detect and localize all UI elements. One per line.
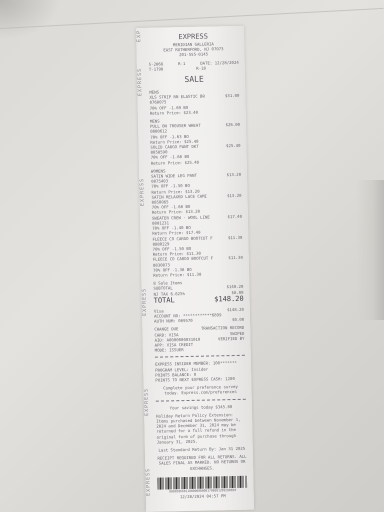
side-label: EXPRESS (142, 288, 148, 316)
date: DATE: 12/28/2024 (200, 59, 239, 65)
line-item: SATIN RELAXED LACE CAMI$13.20 0850065 70… (151, 193, 241, 216)
line-item: SOLID CARGO PANT DKT$25.40 0850590 70% O… (150, 143, 240, 166)
shadow (0, 0, 60, 40)
line-item: FLEECE CO CARGO BOOTCUT F$11.30 0880229 … (152, 234, 242, 257)
verified: VERIFIED BY (218, 336, 245, 342)
item-price: $11.30 (228, 255, 243, 261)
reg-no: R-1 (178, 61, 185, 66)
plastic-bag-edge (356, 180, 384, 320)
line-item: MENS PULL ON TROUSER WHEAT$26.00 0880612… (150, 117, 241, 145)
mode-label: MODE: ISSUER (155, 346, 245, 353)
line-item: FLEECE CO CARGO BOOTCUT F$11.30 0830073 … (153, 255, 243, 278)
change-value: $0.00 (232, 317, 244, 322)
side-label: EXPRESS (145, 388, 151, 416)
divider (155, 355, 245, 358)
total-label: TOTAL (154, 296, 175, 305)
line-item: SWEATER CREW - WOOL LINE$17.40 0801231 7… (152, 214, 242, 237)
item-price: $31.00 (225, 93, 240, 99)
side-label: EXPRESS (146, 468, 152, 496)
side-label: EXPRESS (140, 178, 146, 206)
line-items: MENS XLS STRIP RN ELASTIC BR$31.00 07600… (149, 88, 243, 278)
item-price: $11.30 (228, 234, 243, 240)
line-item: MENS XLS STRIP RN ELASTIC BR$31.00 07600… (149, 88, 240, 116)
side-label-top: EXP (137, 30, 142, 42)
line-item: WOMENS SATIN WIDE LEG PANT$13.20 0875403… (151, 167, 242, 195)
tender-amount: $148.20 (227, 307, 244, 313)
total-value: $148.20 (214, 295, 244, 305)
trans-no: R-18 (196, 65, 206, 70)
side-label: EXPRESS (138, 68, 144, 96)
receipt-title: SALE (149, 73, 239, 87)
divider (156, 398, 246, 401)
item-price: $26.00 (226, 122, 241, 128)
item-price: $25.40 (226, 143, 241, 149)
receipt: EXP EXPRESS EXPRESS EXPRESS EXPRESS EXPR… (136, 26, 254, 512)
terminal: T-1798 (149, 66, 164, 72)
footer-notice: RECEIPT REQUIRED FOR ALL RETURNS. ALL SA… (157, 454, 247, 471)
return-policy: Holiday Return Policy Extension: Items p… (156, 412, 247, 445)
item-price: $13.20 (227, 172, 242, 178)
terminal-row: T-1798 R-18 (149, 65, 239, 72)
survey-message: Complete your preference survey today. E… (155, 384, 245, 396)
auth-number: AUTH NUM: 089570 (154, 318, 193, 324)
item-price: $13.20 (227, 193, 242, 199)
item-price: $17.40 (227, 214, 242, 220)
